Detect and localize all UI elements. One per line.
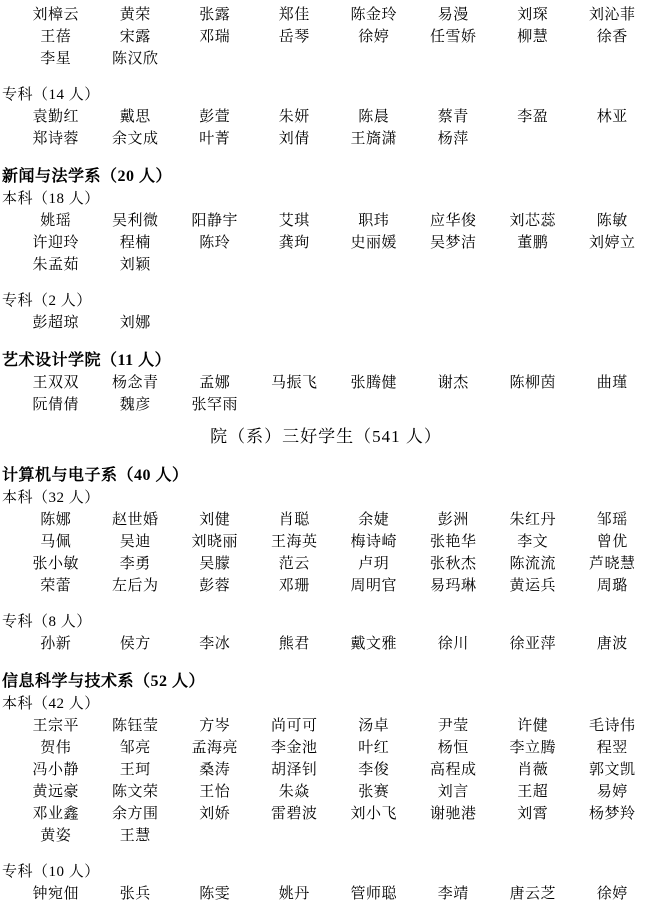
student-name: 管师聪 [334, 883, 414, 901]
department-header: 信息科学与技术系（52 人） [0, 671, 652, 693]
name-row: 朱孟茹刘颖 [0, 254, 652, 276]
student-name: 徐香 [573, 26, 652, 48]
program-label: 专科（8 人） [0, 611, 652, 633]
student-name: 刘芯蕊 [493, 210, 573, 232]
department-header: 艺术设计学院（11 人） [0, 350, 652, 372]
student-name: 黄远豪 [16, 781, 96, 803]
student-name: 卢玥 [334, 553, 414, 575]
student-name: 郭文凯 [573, 759, 652, 781]
student-name: 肖薇 [493, 759, 573, 781]
student-name: 吴迪 [96, 531, 176, 553]
names-block: 王双双杨念青孟娜马振飞张腾健谢杰陈柳茵曲瑾阮倩倩魏彦张罕雨 [0, 372, 652, 416]
student-name: 张赛 [334, 781, 414, 803]
student-name: 戴思 [96, 106, 176, 128]
program-label: 本科（42 人） [0, 693, 652, 715]
student-name: 谢杰 [414, 372, 494, 394]
student-name: 朱孟茹 [16, 254, 96, 276]
student-name: 彭蓉 [175, 575, 255, 597]
student-name: 孙新 [16, 633, 96, 655]
student-name: 易婷 [573, 781, 652, 803]
student-name: 方岑 [175, 715, 255, 737]
program-label: 本科（32 人） [0, 487, 652, 509]
student-name: 彭萱 [175, 106, 255, 128]
student-name: 阳静宇 [175, 210, 255, 232]
student-name: 王珂 [96, 759, 176, 781]
student-name: 余婕 [334, 509, 414, 531]
program-label: 本科（18 人） [0, 188, 652, 210]
student-name: 职玮 [334, 210, 414, 232]
student-name: 柳慧 [493, 26, 573, 48]
student-name: 王双双 [16, 372, 96, 394]
names-block: 刘樟云黄荣张露郑佳陈金玲易漫刘琛刘沁菲王蓓宋露邓瑞岳琴徐婷任雪娇柳慧徐香李星陈汉… [0, 4, 652, 70]
student-name: 阮倩倩 [16, 394, 96, 416]
student-name: 张腾健 [334, 372, 414, 394]
student-name: 刘言 [414, 781, 494, 803]
names-block: 姚瑶吴利微阳静宇艾琪职玮应华俊刘芯蕊陈敏许迎玲程楠陈玲龚珣史丽媛吴梦洁董鹏刘婷立… [0, 210, 652, 276]
student-name: 邹瑶 [573, 509, 652, 531]
student-name: 高程成 [414, 759, 494, 781]
student-name: 魏彦 [96, 394, 176, 416]
student-name: 许健 [493, 715, 573, 737]
student-name: 姚丹 [255, 883, 335, 901]
name-row: 袁勤红戴思彭萱朱妍陈晨蔡青李盈林亚 [0, 106, 652, 128]
student-name: 邓瑞 [175, 26, 255, 48]
student-name: 张艳华 [414, 531, 494, 553]
student-name: 邹亮 [96, 737, 176, 759]
student-name: 徐婷 [334, 26, 414, 48]
student-name: 许迎玲 [16, 232, 96, 254]
student-name: 余方围 [96, 803, 176, 825]
name-row: 刘樟云黄荣张露郑佳陈金玲易漫刘琛刘沁菲 [0, 4, 652, 26]
student-name: 尚可可 [255, 715, 335, 737]
student-name: 荣蕾 [16, 575, 96, 597]
student-name: 董鹏 [493, 232, 573, 254]
student-name: 易玛琳 [414, 575, 494, 597]
student-name: 雷碧波 [255, 803, 335, 825]
student-name: 郑佳 [255, 4, 335, 26]
student-name: 肖聪 [255, 509, 335, 531]
program-label: 专科（2 人） [0, 290, 652, 312]
name-row: 李星陈汉欣 [0, 48, 652, 70]
student-name: 邓业鑫 [16, 803, 96, 825]
student-name: 蔡青 [414, 106, 494, 128]
name-row: 马佩吴迪刘晓丽王海英梅诗崎张艳华李文曾优 [0, 531, 652, 553]
names-block: 袁勤红戴思彭萱朱妍陈晨蔡青李盈林亚郑诗蓉余文成叶菁刘倩王旖潇杨萍 [0, 106, 652, 150]
student-name: 曾优 [573, 531, 652, 553]
student-name: 刘霄 [493, 803, 573, 825]
student-name: 陈流流 [493, 553, 573, 575]
student-name: 李文 [493, 531, 573, 553]
student-name: 任雪娇 [414, 26, 494, 48]
student-name: 杨恒 [414, 737, 494, 759]
document-page: 刘樟云黄荣张露郑佳陈金玲易漫刘琛刘沁菲王蓓宋露邓瑞岳琴徐婷任雪娇柳慧徐香李星陈汉… [0, 0, 652, 901]
student-name: 刘婷立 [573, 232, 652, 254]
name-row: 姚瑶吴利微阳静宇艾琪职玮应华俊刘芯蕊陈敏 [0, 210, 652, 232]
student-name: 李冰 [175, 633, 255, 655]
student-name: 唐波 [573, 633, 652, 655]
student-name: 曲瑾 [573, 372, 652, 394]
student-name: 张罕雨 [175, 394, 255, 416]
student-name: 张小敏 [16, 553, 96, 575]
student-name: 张兵 [96, 883, 176, 901]
student-name: 陈金玲 [334, 4, 414, 26]
student-name: 杨念青 [96, 372, 176, 394]
name-row: 张小敏李勇吴朦范云卢玥张秋杰陈流流芦晓慧 [0, 553, 652, 575]
student-name: 程楠 [96, 232, 176, 254]
student-name: 孟海亮 [175, 737, 255, 759]
name-row: 黄姿王慧 [0, 825, 652, 847]
student-name: 叶红 [334, 737, 414, 759]
student-name: 胡泽钊 [255, 759, 335, 781]
student-name: 张秋杰 [414, 553, 494, 575]
student-name: 刘沁菲 [573, 4, 652, 26]
name-row: 王双双杨念青孟娜马振飞张腾健谢杰陈柳茵曲瑾 [0, 372, 652, 394]
student-name: 杨萍 [414, 128, 494, 150]
names-block: 钟宛佃张兵陈雯姚丹管师聪李靖唐云芝徐婷 [0, 883, 652, 901]
student-name: 王海英 [255, 531, 335, 553]
student-name: 吴朦 [175, 553, 255, 575]
student-name: 李靖 [414, 883, 494, 901]
name-row: 黄远豪陈文荣王怡朱焱张赛刘言王超易婷 [0, 781, 652, 803]
name-row: 邓业鑫余方围刘娇雷碧波刘小飞谢驰港刘霄杨梦羚 [0, 803, 652, 825]
name-row: 许迎玲程楠陈玲龚珣史丽媛吴梦洁董鹏刘婷立 [0, 232, 652, 254]
student-name: 钟宛佃 [16, 883, 96, 901]
student-name: 黄荣 [96, 4, 176, 26]
student-name: 李立腾 [493, 737, 573, 759]
student-name: 陈文荣 [96, 781, 176, 803]
student-name: 刘小飞 [334, 803, 414, 825]
student-name: 刘晓丽 [175, 531, 255, 553]
student-name: 陈晨 [334, 106, 414, 128]
student-name: 李勇 [96, 553, 176, 575]
student-name: 吴利微 [96, 210, 176, 232]
student-name: 王怡 [175, 781, 255, 803]
student-name: 周明官 [334, 575, 414, 597]
student-name: 郑诗蓉 [16, 128, 96, 150]
student-name: 邓珊 [255, 575, 335, 597]
student-name: 马佩 [16, 531, 96, 553]
student-name: 陈钰莹 [96, 715, 176, 737]
student-name: 赵世婚 [96, 509, 176, 531]
name-row: 荣蕾左后为彭蓉邓珊周明官易玛琳黄运兵周璐 [0, 575, 652, 597]
student-name: 冯小静 [16, 759, 96, 781]
name-row: 彭超琼刘娜 [0, 312, 652, 334]
student-name: 刘樟云 [16, 4, 96, 26]
student-name: 毛诗伟 [573, 715, 652, 737]
student-name: 王蓓 [16, 26, 96, 48]
name-row: 孙新侯方李冰熊君戴文雅徐川徐亚萍唐波 [0, 633, 652, 655]
student-name: 刘娜 [96, 312, 176, 334]
names-block: 孙新侯方李冰熊君戴文雅徐川徐亚萍唐波 [0, 633, 652, 655]
student-name: 黄运兵 [493, 575, 573, 597]
student-name: 唐云芝 [493, 883, 573, 901]
names-block: 彭超琼刘娜 [0, 312, 652, 334]
student-name: 吴梦洁 [414, 232, 494, 254]
student-name: 史丽媛 [334, 232, 414, 254]
student-name: 叶菁 [175, 128, 255, 150]
student-name: 桑涛 [175, 759, 255, 781]
name-row: 阮倩倩魏彦张罕雨 [0, 394, 652, 416]
program-label: 专科（14 人） [0, 84, 652, 106]
student-name: 李盈 [493, 106, 573, 128]
student-name: 张露 [175, 4, 255, 26]
student-name: 芦晓慧 [573, 553, 652, 575]
student-name: 朱焱 [255, 781, 335, 803]
student-name: 徐川 [414, 633, 494, 655]
student-name: 朱妍 [255, 106, 335, 128]
student-name: 王慧 [96, 825, 176, 847]
student-roster: 刘樟云黄荣张露郑佳陈金玲易漫刘琛刘沁菲王蓓宋露邓瑞岳琴徐婷任雪娇柳慧徐香李星陈汉… [0, 4, 652, 901]
name-row: 陈娜赵世婚刘健肖聪余婕彭洲朱红丹邹瑶 [0, 509, 652, 531]
student-name: 彭超琼 [16, 312, 96, 334]
student-name: 贺伟 [16, 737, 96, 759]
student-name: 王宗平 [16, 715, 96, 737]
student-name: 陈雯 [175, 883, 255, 901]
program-label: 专科（10 人） [0, 861, 652, 883]
student-name: 戴文雅 [334, 633, 414, 655]
student-name: 彭洲 [414, 509, 494, 531]
student-name: 李星 [16, 48, 96, 70]
name-row: 王蓓宋露邓瑞岳琴徐婷任雪娇柳慧徐香 [0, 26, 652, 48]
student-name: 尹莹 [414, 715, 494, 737]
name-row: 贺伟邹亮孟海亮李金池叶红杨恒李立腾程翌 [0, 737, 652, 759]
page-title: 院（系）三好学生（541 人） [0, 424, 652, 449]
student-name: 侯方 [96, 633, 176, 655]
student-name: 林亚 [573, 106, 652, 128]
name-row: 冯小静王珂桑涛胡泽钊李俊高程成肖薇郭文凯 [0, 759, 652, 781]
student-name: 姚瑶 [16, 210, 96, 232]
student-name: 左后为 [96, 575, 176, 597]
student-name: 杨梦羚 [573, 803, 652, 825]
student-name: 刘颖 [96, 254, 176, 276]
student-name: 程翌 [573, 737, 652, 759]
department-header: 新闻与法学系（20 人） [0, 166, 652, 188]
names-block: 陈娜赵世婚刘健肖聪余婕彭洲朱红丹邹瑶马佩吴迪刘晓丽王海英梅诗崎张艳华李文曾优张小… [0, 509, 652, 597]
department-header: 计算机与电子系（40 人） [0, 465, 652, 487]
student-name: 宋露 [96, 26, 176, 48]
student-name: 李金池 [255, 737, 335, 759]
student-name: 徐亚萍 [493, 633, 573, 655]
student-name: 余文成 [96, 128, 176, 150]
student-name: 马振飞 [255, 372, 335, 394]
student-name: 李俊 [334, 759, 414, 781]
student-name: 朱红丹 [493, 509, 573, 531]
student-name: 陈玲 [175, 232, 255, 254]
names-block: 王宗平陈钰莹方岑尚可可汤卓尹莹许健毛诗伟贺伟邹亮孟海亮李金池叶红杨恒李立腾程翌冯… [0, 715, 652, 847]
student-name: 刘娇 [175, 803, 255, 825]
student-name: 周璐 [573, 575, 652, 597]
name-row: 钟宛佃张兵陈雯姚丹管师聪李靖唐云芝徐婷 [0, 883, 652, 901]
student-name: 岳琴 [255, 26, 335, 48]
student-name: 熊君 [255, 633, 335, 655]
student-name: 龚珣 [255, 232, 335, 254]
student-name: 应华俊 [414, 210, 494, 232]
student-name: 谢驰港 [414, 803, 494, 825]
student-name: 范云 [255, 553, 335, 575]
student-name: 刘健 [175, 509, 255, 531]
student-name: 黄姿 [16, 825, 96, 847]
student-name: 陈汉欣 [96, 48, 176, 70]
student-name: 袁勤红 [16, 106, 96, 128]
student-name: 陈敏 [573, 210, 652, 232]
student-name: 王旖潇 [334, 128, 414, 150]
student-name: 王超 [493, 781, 573, 803]
student-name: 艾琪 [255, 210, 335, 232]
name-row: 王宗平陈钰莹方岑尚可可汤卓尹莹许健毛诗伟 [0, 715, 652, 737]
student-name: 徐婷 [573, 883, 652, 901]
student-name: 陈柳茵 [493, 372, 573, 394]
student-name: 刘琛 [493, 4, 573, 26]
student-name: 刘倩 [255, 128, 335, 150]
student-name: 陈娜 [16, 509, 96, 531]
student-name: 梅诗崎 [334, 531, 414, 553]
student-name: 易漫 [414, 4, 494, 26]
student-name: 孟娜 [175, 372, 255, 394]
name-row: 郑诗蓉余文成叶菁刘倩王旖潇杨萍 [0, 128, 652, 150]
student-name: 汤卓 [334, 715, 414, 737]
